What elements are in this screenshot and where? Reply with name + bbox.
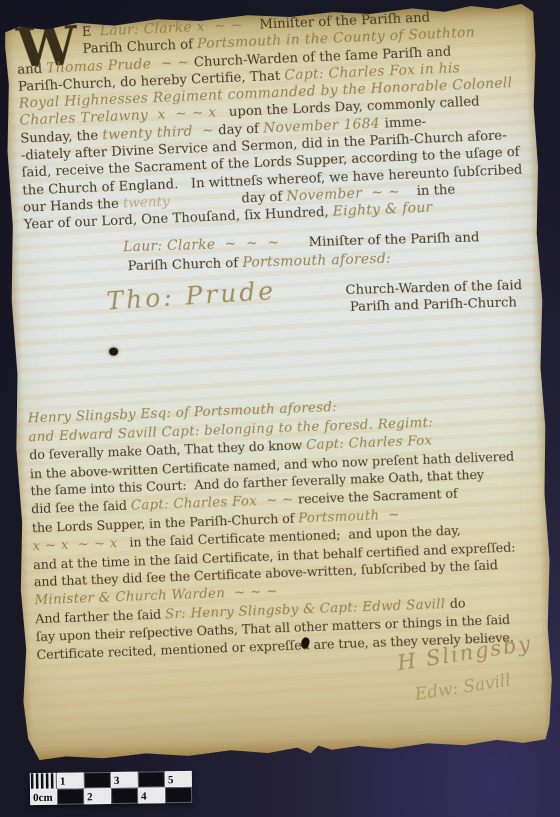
printed-text: do — [450, 595, 466, 611]
handwritten-text: Eighty & four — [332, 200, 432, 220]
scale-cell — [57, 788, 84, 804]
handwritten-text: Portsmouth aforesd: — [242, 251, 391, 271]
printed-text: Miniſter of the Pariſh and — [279, 230, 479, 251]
faint-handwriting: twenty — [123, 194, 170, 211]
scale-cell: 0cm — [30, 789, 57, 805]
handwritten-text: Portsmouth ~ — [298, 507, 400, 526]
printed-text: receive the Sacrament of — [298, 486, 458, 507]
flourish-gap — [170, 202, 242, 205]
printed-text: did ſee the ſaid — [31, 498, 131, 517]
scale-cell: 3 — [111, 772, 138, 788]
scale-cell — [138, 771, 165, 787]
oath-section: Henry Slingsby Esq: of Portsmouth afores… — [28, 390, 553, 663]
printed-text: E — [82, 24, 101, 40]
scale-cell: 5 — [165, 771, 192, 787]
scale-bar-bottom-row: 0cm24 — [30, 787, 192, 805]
printed-text: imme- — [384, 114, 426, 131]
scale-cell: 2 — [84, 788, 111, 804]
printed-text: day of — [214, 121, 264, 138]
printed-text: in the — [400, 182, 456, 199]
scale-cell: 1 — [57, 772, 84, 788]
scale-cell — [84, 772, 111, 788]
warden-role-text: Church-Warden of the ſaid Pariſh and Par… — [321, 277, 523, 317]
scale-cell — [111, 788, 138, 804]
photographic-scale-bar: 135 0cm24 — [30, 771, 192, 805]
document-paper: W E Laur: Clarke x ~ ~ Miniſter of the P… — [3, 3, 556, 762]
certificate-attestation-section: Laur: Clarke ~ ~ ~ Miniſter of the Pariſ… — [105, 227, 537, 323]
paper-hole — [109, 347, 118, 355]
warden-signature: Tho: Prude — [106, 279, 323, 326]
printed-text: And farther the ſaid — [35, 606, 165, 626]
printed-text: Sunday, the — [20, 128, 103, 146]
warden-signature-row: Tho: Prude Church-Warden of the ſaid Par… — [106, 277, 537, 323]
scale-cell: 4 — [138, 787, 165, 803]
printed-text: and — [17, 61, 47, 77]
photo-background: W E Laur: Clarke x ~ ~ Miniſter of the P… — [0, 0, 560, 817]
drop-cap-w: W — [16, 24, 83, 61]
scale-mm-ticks — [30, 773, 57, 789]
printed-text: day of — [241, 190, 287, 207]
printed-text: Pariſh Church of — [128, 256, 243, 274]
handwritten-text: Laur: Clarke ~ ~ ~ — [123, 235, 280, 255]
scale-cell — [165, 787, 192, 803]
handwritten-text: x ~ x ~ ~ x — [32, 536, 118, 554]
certificate-top-section: W E Laur: Clarke x ~ ~ Miniſter of the P… — [16, 5, 534, 234]
